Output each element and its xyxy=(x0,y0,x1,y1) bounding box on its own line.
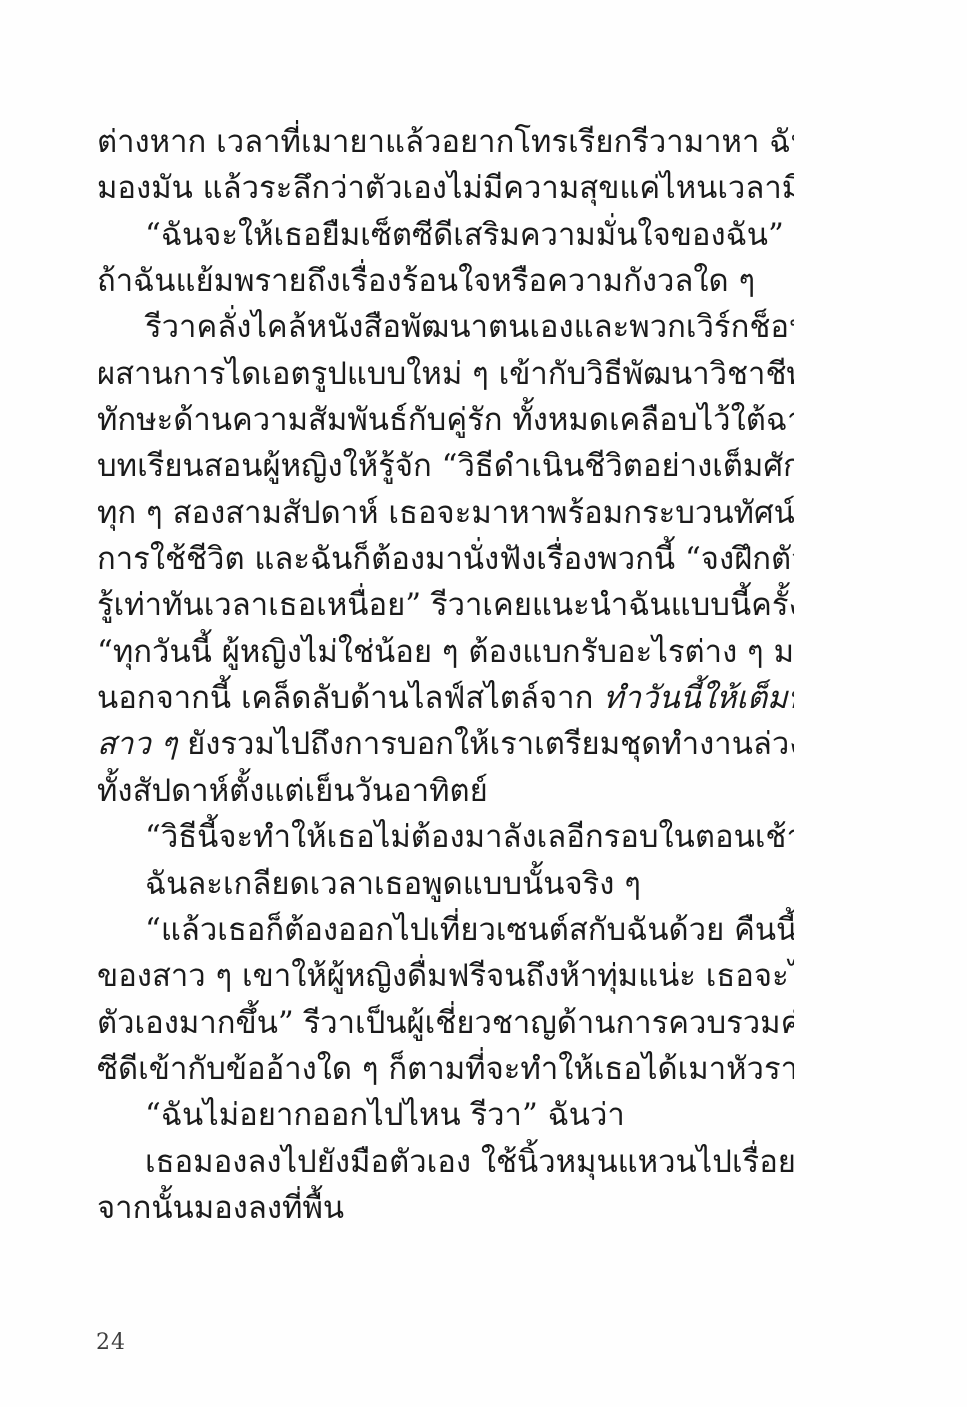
body-text-segment: มองมัน แล้วระลึกว่าตัวเองไม่มีความสุขแค่… xyxy=(97,170,794,206)
body-text-segment: บทเรียนสอนผู้หญิงให้รู้จัก “วิธีดำเนินชี… xyxy=(97,448,794,484)
text-line: ต่างหาก เวลาที่เมายาแล้วอยากโทรเรียกรีวา… xyxy=(97,119,794,165)
body-text-segment: ฉันละเกลียดเวลาเธอพูดแบบนั้นจริง ๆ xyxy=(145,866,641,902)
body-text-segment: จากนั้นมองลงที่พื้น xyxy=(97,1190,344,1226)
text-line: “ฉันจะให้เธอยืมเซ็ตซีดีเสริมความมั่นใจขอ… xyxy=(97,212,794,258)
body-text-segment: เธอมองลงไปยังมือตัวเอง ใช้นิ้วหมุนแหวนไป… xyxy=(145,1144,794,1180)
body-text-segment: “แล้วเธอก็ต้องออกไปเที่ยวเซนต์สกับฉันด้ว… xyxy=(145,912,794,948)
body-text-segment: “ทุกวันนี้ ผู้หญิงไม่ใช่น้อย ๆ ต้องแบกรั… xyxy=(97,634,794,670)
text-line: ทั้งสัปดาห์ตั้งแต่เย็นวันอาทิตย์ xyxy=(97,768,794,814)
text-line: รีวาคลั่งไคล้หนังสือพัฒนาตนเองและพวกเวิร… xyxy=(97,304,794,350)
page-text-block: ต่างหาก เวลาที่เมายาแล้วอยากโทรเรียกรีวา… xyxy=(97,119,794,1231)
text-line: “วิธีนี้จะทำให้เธอไม่ต้องมาลังเลอีกรอบใน… xyxy=(97,814,794,860)
text-line: ผสานการไดเอตรูปแบบใหม่ ๆ เข้ากับวิธีพัฒน… xyxy=(97,351,794,397)
body-text-segment: ทั้งสัปดาห์ตั้งแต่เย็นวันอาทิตย์ xyxy=(97,773,488,809)
text-line: การใช้ชีวิต และฉันก็ต้องมานั่งฟังเรื่องพ… xyxy=(97,536,794,582)
body-text-segment: ต่างหาก เวลาที่เมายาแล้วอยากโทรเรียกรีวา… xyxy=(97,124,794,160)
body-text-segment: รู้เท่าทันเวลาเธอเหนื่อย” รีวาเคยแนะนำฉั… xyxy=(97,587,794,623)
text-line: ตัวเองมากขึ้น” รีวาเป็นผู้เชี่ยวชาญด้านก… xyxy=(97,1000,794,1046)
body-text-segment: นอกจากนี้ เคล็ดลับด้านไลฟ์สไตล์จาก xyxy=(97,680,603,716)
book-title-italic-text: สาว ๆ xyxy=(97,726,187,762)
body-text-segment: ตัวเองมากขึ้น” รีวาเป็นผู้เชี่ยวชาญด้านก… xyxy=(97,1005,794,1041)
text-line: สาว ๆ ยังรวมไปถึงการบอกให้เราเตรียมชุดทำ… xyxy=(97,721,794,767)
text-line: นอกจากนี้ เคล็ดลับด้านไลฟ์สไตล์จาก ทำวัน… xyxy=(97,675,794,721)
body-text-segment: ยังรวมไปถึงการบอกให้เราเตรียมชุดทำงานล่ว… xyxy=(187,726,794,762)
body-text-segment: “วิธีนี้จะทำให้เธอไม่ต้องมาลังเลอีกรอบใน… xyxy=(145,819,794,855)
text-line: ของสาว ๆ เขาให้ผู้หญิงดื่มฟรีจนถึงห้าทุ่… xyxy=(97,953,794,999)
text-line: ถ้าฉันแย้มพรายถึงเรื่องร้อนใจหรือความกัง… xyxy=(97,258,794,304)
body-text-segment: ถ้าฉันแย้มพรายถึงเรื่องร้อนใจหรือความกัง… xyxy=(97,263,755,299)
text-line: บทเรียนสอนผู้หญิงให้รู้จัก “วิธีดำเนินชี… xyxy=(97,443,794,489)
text-line: “ทุกวันนี้ ผู้หญิงไม่ใช่น้อย ๆ ต้องแบกรั… xyxy=(97,629,794,675)
book-page: ต่างหาก เวลาที่เมายาแล้วอยากโทรเรียกรีวา… xyxy=(0,0,967,1407)
body-text-segment: ซีดีเข้ากับข้ออ้างใด ๆ ก็ตามที่จะทำให้เธ… xyxy=(97,1051,794,1087)
body-text-segment: “ฉันจะให้เธอยืมเซ็ตซีดีเสริมความมั่นใจขอ… xyxy=(145,217,794,253)
body-text-segment: ของสาว ๆ เขาให้ผู้หญิงดื่มฟรีจนถึงห้าทุ่… xyxy=(97,958,794,994)
body-text-segment: ผสานการไดเอตรูปแบบใหม่ ๆ เข้ากับวิธีพัฒน… xyxy=(97,356,794,392)
body-text-segment: การใช้ชีวิต และฉันก็ต้องมานั่งฟังเรื่องพ… xyxy=(97,541,794,577)
text-line: จากนั้นมองลงที่พื้น xyxy=(97,1185,794,1231)
body-text-segment: ทุก ๆ สองสามสัปดาห์ เธอจะมาหาพร้อมกระบวน… xyxy=(97,495,794,531)
text-line: ซีดีเข้ากับข้ออ้างใด ๆ ก็ตามที่จะทำให้เธ… xyxy=(97,1046,794,1092)
text-line: “แล้วเธอก็ต้องออกไปเที่ยวเซนต์สกับฉันด้ว… xyxy=(97,907,794,953)
text-line: ทักษะด้านความสัมพันธ์กับคู่รัก ทั้งหมดเค… xyxy=(97,397,794,443)
body-text-segment: ทักษะด้านความสัมพันธ์กับคู่รัก ทั้งหมดเค… xyxy=(97,402,794,438)
text-line: “ฉันไม่อยากออกไปไหน รีวา” ฉันว่า xyxy=(97,1092,794,1138)
text-line: ทุก ๆ สองสามสัปดาห์ เธอจะมาหาพร้อมกระบวน… xyxy=(97,490,794,536)
body-text-segment: “ฉันไม่อยากออกไปไหน รีวา” ฉันว่า xyxy=(145,1097,625,1133)
text-line: ฉันละเกลียดเวลาเธอพูดแบบนั้นจริง ๆ xyxy=(97,861,794,907)
book-title-italic-text: ทำวันนี้ให้เต็มที่กันเถอะ xyxy=(603,680,794,716)
body-text-segment: รีวาคลั่งไคล้หนังสือพัฒนาตนเองและพวกเวิร… xyxy=(145,309,794,345)
text-line: เธอมองลงไปยังมือตัวเอง ใช้นิ้วหมุนแหวนไป… xyxy=(97,1139,794,1185)
page-number: 24 xyxy=(96,1330,126,1356)
text-line: มองมัน แล้วระลึกว่าตัวเองไม่มีความสุขแค่… xyxy=(97,165,794,211)
text-line: รู้เท่าทันเวลาเธอเหนื่อย” รีวาเคยแนะนำฉั… xyxy=(97,582,794,628)
